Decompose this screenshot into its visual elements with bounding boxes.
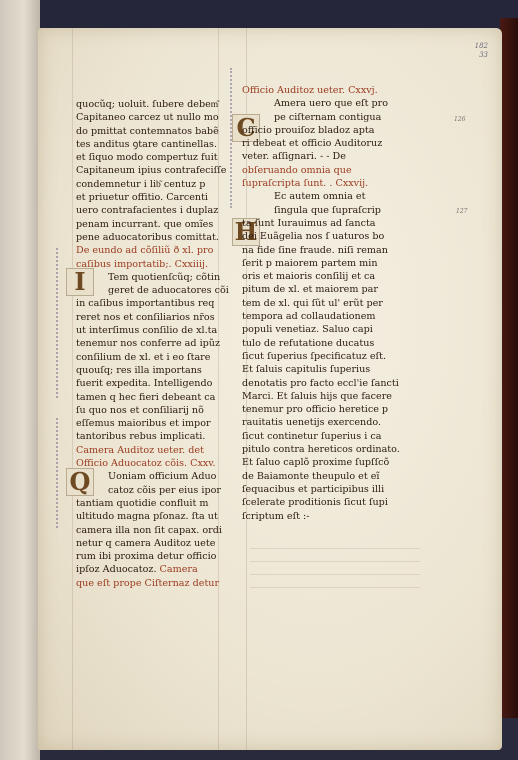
text-line: eſſemus maioribus et impor <box>76 417 229 430</box>
text-line: ſu quo nos et conſiliarij nõ <box>76 404 229 417</box>
text-line: uero contrafacientes i duplaz <box>76 204 229 217</box>
previous-page-edge <box>0 0 40 760</box>
text-line: ſcriptum eſt :- <box>242 510 400 523</box>
text-column-left: quocũq; uoluit. ſubere debem͂ Capitaneo … <box>76 98 229 590</box>
text-line: de Baiamonte theupulo et eĩ <box>242 470 400 483</box>
text-line: pene aduocatoribus comittat. <box>76 231 229 244</box>
text-line: geret de aduocatores cõi <box>76 284 229 297</box>
text-line: ſicut ſuperius ſpecificatuz eſt. <box>242 350 400 363</box>
text-line: dei Euãgelia nos ſ uaturos bo <box>242 230 400 243</box>
text-line: quocũq; uoluit. ſubere debem͂ <box>76 98 229 111</box>
text-line: ta ſunt Iurauimus ad ſancta <box>242 217 400 230</box>
text-line: tulo de refutatione ducatus <box>242 337 400 350</box>
text-line: pitum de xl. et maiorem par <box>242 283 400 296</box>
text-line: oris et maioris conſilij et ca <box>242 270 400 283</box>
text-line: ſequacibus et participibus illi <box>242 483 400 496</box>
text-line: Marci. Et ſaluis hijs que facere <box>242 390 400 403</box>
text-column-right: Officio Auditoz ueter. Cxxvj. Amera uero… <box>242 84 400 523</box>
rubric-fragment: Camera <box>157 564 198 575</box>
text-line: et ſiquo modo compertuz fuit <box>76 151 229 164</box>
ruling-line <box>250 561 420 562</box>
rubric-heading: De eundo ad cõſiliũ ð xl. pro <box>76 244 229 257</box>
text-line: Ec autem omnia et <box>242 190 400 203</box>
text-line: ſicut continetur ſuperius i ca <box>242 430 400 443</box>
text-line: officio prouiſoz bladoz apta <box>242 124 400 137</box>
text-line: Capitaneum ipius contrafeciſſe <box>76 164 229 177</box>
rubric-heading: caſibus importatib;. Cxxiiij. <box>76 258 229 271</box>
ruling-line <box>250 548 420 549</box>
text-line: tes anditus ꝯtare cantinellas. <box>76 138 229 151</box>
penwork-flourish <box>56 418 72 528</box>
text-line: catoz cõis per eius ipor <box>76 484 229 497</box>
text-line: Tem quotienſcũq; cõtin <box>76 271 229 284</box>
text-line: populi venetiaz. Saluo capi <box>242 323 400 336</box>
text-line: pe ciſternam contigua <box>242 111 400 124</box>
text-line: Capitaneo carcez ut nullo mo <box>76 111 229 124</box>
folio-number-lower: 33 <box>475 51 488 60</box>
margin-note: 126 <box>454 116 465 123</box>
text-line: rum ibi proxima detur officio <box>76 550 229 563</box>
ruling-line <box>250 574 420 575</box>
text-line: tantoribus rebus implicati. <box>76 430 229 443</box>
text-line: tantiam quotidie confluit m <box>76 497 229 510</box>
text-line: veter. aſſignari. - - De <box>242 150 400 163</box>
rubric-heading: Officio Aduocatoz cõis. Cxxv. <box>76 457 229 470</box>
folio-number-upper: 182 <box>475 42 488 51</box>
text-line: et priuetur offitio. Carcenti <box>76 191 229 204</box>
text-line: camera illa non ſit capax. ordi <box>76 524 229 537</box>
folio-number: 182 33 <box>475 42 488 60</box>
manuscript-page: 182 33 126 127 I Q C H quocũq; uoluit. ſ… <box>38 28 502 750</box>
margin-note: 127 <box>456 208 467 215</box>
penwork-flourish <box>56 248 72 398</box>
text-fragment: ipſoz Aduocatoz. <box>76 564 157 575</box>
text-line: condemnetur i lib͂ centuz p <box>76 178 229 191</box>
text-line: ſcelerate proditionis ſicut ſupi <box>242 496 400 509</box>
ruling-line <box>72 28 73 750</box>
text-line: do pmittat contemnatos babẽ <box>76 125 229 138</box>
rubric-heading: obſeruando omnia que <box>242 164 400 177</box>
text-line: penam incurrant. que omĩes <box>76 218 229 231</box>
text-line: Uoniam officium Aduo <box>76 470 229 483</box>
text-line: ſerit p maiorem partem min <box>242 257 400 270</box>
text-line: fuerit expedita. Intelligendo <box>76 377 229 390</box>
ruling-line <box>250 587 420 588</box>
text-line: Amera uero que eſt pro <box>242 97 400 110</box>
text-line: tamen q hec fieri debeant ca <box>76 391 229 404</box>
text-line: conſilium de xl. et i eo ſtare <box>76 351 229 364</box>
text-line: na fide ſine fraude. niſi reman <box>242 244 400 257</box>
text-line: Et ſaluis capitulis ſuperius <box>242 363 400 376</box>
text-line: denotatis pro facto eccl'ie ſancti <box>242 377 400 390</box>
text-line: Et ſaluo caplõ proxime ſupſſcõ <box>242 456 400 469</box>
book-binding-edge <box>500 18 518 718</box>
rubric-heading: que eſt prope Ciſternaz detur <box>76 577 229 590</box>
text-line: netur q camera Auditoz uete <box>76 537 229 550</box>
text-line: tempora ad collaudationem <box>242 310 400 323</box>
text-line: reret nos et conſiliarios nr̃os <box>76 311 229 324</box>
text-line: ſingula que ſupraſcrip <box>242 204 400 217</box>
text-line: tenemur pro officio heretice p <box>242 403 400 416</box>
text-line: tenemur nos conferre ad ipũz <box>76 337 229 350</box>
rubric-heading: ſupraſcripta ſunt. . Cxxvij. <box>242 177 400 190</box>
text-line-with-rubric: ipſoz Aduocatoz. Camera <box>76 563 229 576</box>
text-line: quouſq; res illa importans <box>76 364 229 377</box>
rubric-heading: Camera Auditoz ueter. det <box>76 444 229 457</box>
text-line: ultitudo magna pſonaz. ſta ut <box>76 510 229 523</box>
text-line: ri debeat et officio Auditoruz <box>242 137 400 150</box>
text-line: rauitatis uenetijs exercendo. <box>242 416 400 429</box>
text-line: in caſibus importantibus req <box>76 297 229 310</box>
rubric-heading: Officio Auditoz ueter. Cxxvj. <box>242 84 400 97</box>
text-line: ut interſimus conſilio de xl.ta <box>76 324 229 337</box>
text-line: tem de xl. qui ſũt ul' erũt per <box>242 297 400 310</box>
text-line: pitulo contra hereticos ordinato. <box>242 443 400 456</box>
